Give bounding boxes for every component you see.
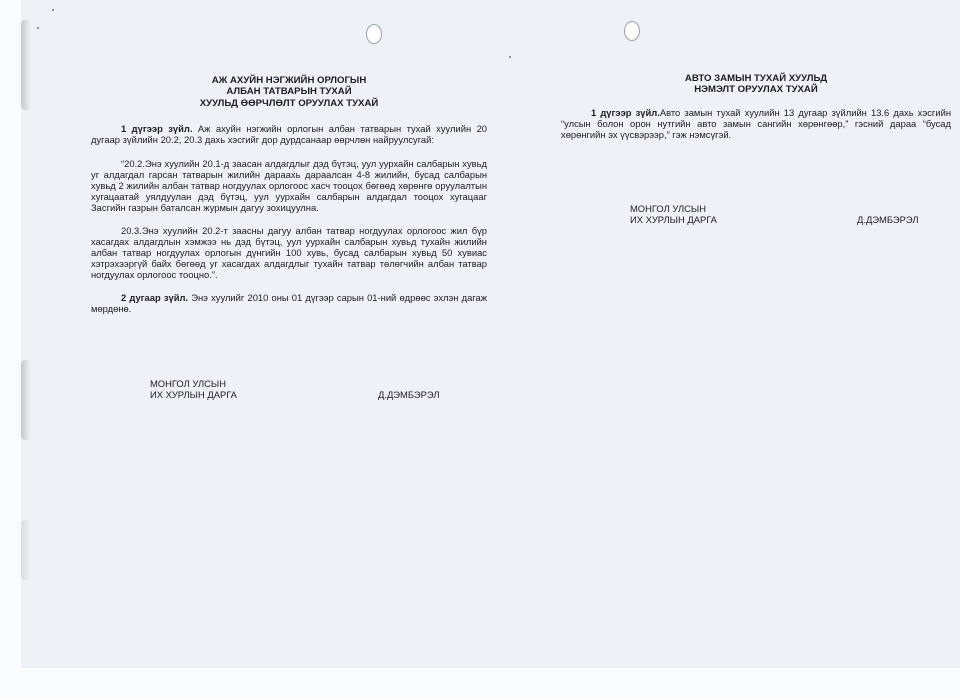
signature-name: Д.ДЭМБЭРЭЛ [857,214,918,225]
clause-20-2: “20.2.Энэ хуулийн 20.1-д заасан алдагдлы… [91,158,487,214]
article-label: 1 дүгээр зүйл. [121,123,192,134]
left-law-document: АЖ АХУЙН НЭГЖИЙН ОРЛОГЫН АЛБАН ТАТВАРЫН … [91,75,487,314]
scan-edge-shadow [21,360,31,440]
scan-speck [509,56,511,58]
signature-position: МОНГОЛ УЛСЫН ИХ ХУРЛЫН ДАРГА [630,203,717,225]
signature-name: Д.ДЭМБЭРЭЛ [378,389,439,400]
scan-edge-shadow [21,520,31,580]
title-line: НЭМЭЛТ ОРУУЛАХ ТУХАЙ [561,84,951,95]
signature-position-line: ИХ ХУРЛЫН ДАРГА [630,214,717,225]
right-law-document: АВТО ЗАМЫН ТУХАЙ ХУУЛЬД НЭМЭЛТ ОРУУЛАХ Т… [561,73,951,140]
punch-hole [366,24,382,44]
title-line: АЛБАН ТАТВАРЫН ТУХАЙ [91,86,487,97]
scan-edge-shadow [21,20,31,110]
clause-20-3: 20.3.Энэ хуулийн 20.2-т заасны дагуу алб… [91,225,487,281]
title-line: ХУУЛЬД ӨӨРЧЛӨЛТ ОРУУЛАХ ТУХАЙ [91,98,487,109]
signature-position: МОНГОЛ УЛСЫН ИХ ХУРЛЫН ДАРГА [150,378,237,400]
document-title: АЖ АХУЙН НЭГЖИЙН ОРЛОГЫН АЛБАН ТАТВАРЫН … [91,75,487,109]
article-label: 2 дугаар зүйл. [121,292,188,303]
article-1: 1 дүгээр зүйл. Аж ахуйн нэгжийн орлогын … [91,123,487,145]
article-label: 1 дүгээр зүйл. [591,107,660,118]
scan-speck [52,9,54,11]
signature-position-line: МОНГОЛ УЛСЫН [630,203,717,214]
signature-position-line: МОНГОЛ УЛСЫН [150,378,237,389]
punch-hole [624,21,640,41]
document-title: АВТО ЗАМЫН ТУХАЙ ХУУЛЬД НЭМЭЛТ ОРУУЛАХ Т… [561,73,951,96]
signature-position-line: ИХ ХУРЛЫН ДАРГА [150,389,237,400]
title-line: АВТО ЗАМЫН ТУХАЙ ХУУЛЬД [561,73,951,84]
article-2: 2 дугаар зүйл. Энэ хуулийг 2010 оны 01 д… [91,292,487,314]
scan-speck [37,27,39,29]
title-line: АЖ АХУЙН НЭГЖИЙН ОРЛОГЫН [91,75,487,86]
article-1: 1 дүгээр зүйл.Авто замын тухай хуулийн 1… [561,107,951,141]
